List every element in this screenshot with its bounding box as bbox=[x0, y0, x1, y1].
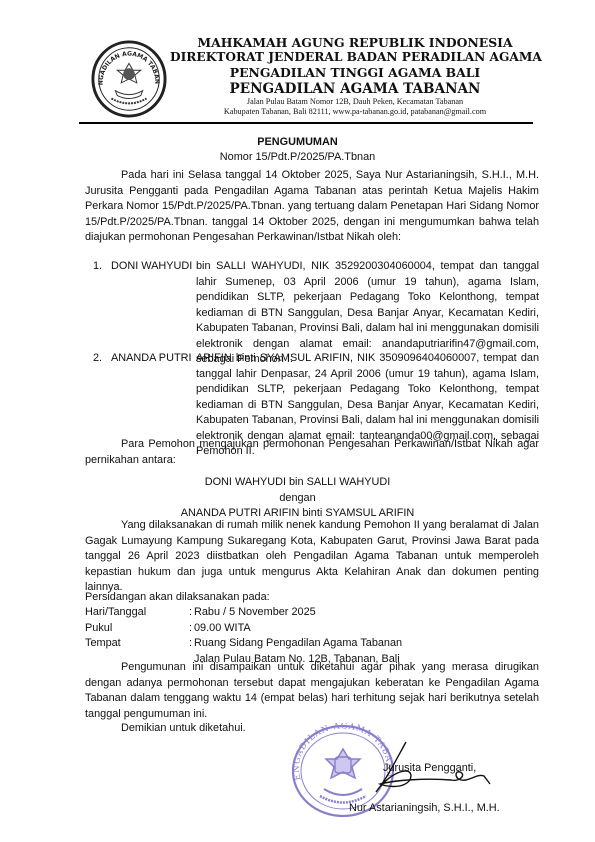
schedule-label: Hari/Tanggal bbox=[85, 605, 189, 621]
institution-line-2: DIREKTORAT JENDERAL BADAN PERADILAN AGAM… bbox=[170, 50, 540, 65]
applicant-name: DONI WAHYUDI bbox=[111, 259, 192, 275]
groom-name: DONI WAHYUDI bin SALLI WAHYUDI bbox=[0, 475, 595, 491]
announcement-page: PENGADILAN AGAMA TABANAN MAHKAMAH AGUNG … bbox=[0, 0, 595, 842]
address-line-1: Jalan Pulau Batam Nomor 12B, Dauh Peken,… bbox=[170, 97, 540, 108]
closing-text: Demikian untuk diketahui. bbox=[121, 722, 246, 734]
marriage-detail-text: Yang dilaksanakan di rumah milik nenek k… bbox=[85, 519, 539, 593]
schedule-value: Ruang Sidang Pengadilan Agama Tabanan bbox=[194, 636, 402, 652]
couple-block: DONI WAHYUDI bin SALLI WAHYUDI dengan AN… bbox=[0, 475, 595, 522]
document-number: Nomor 15/Pdt.P/2025/PA.Tbnan bbox=[0, 151, 595, 163]
letterhead: MAHKAMAH AGUNG REPUBLIK INDONESIA DIREKT… bbox=[170, 35, 540, 118]
schedule-row: Tempat : Ruang Sidang Pengadilan Agama T… bbox=[85, 636, 402, 652]
request-text: Para Pemohon mengajukan permohonan Penge… bbox=[85, 438, 539, 466]
opening-paragraph: Pada hari ini Selasa tanggal 14 Oktober … bbox=[85, 168, 539, 246]
marriage-detail-paragraph: Yang dilaksanakan di rumah milik nenek k… bbox=[85, 518, 539, 596]
request-paragraph: Para Pemohon mengajukan permohonan Penge… bbox=[85, 437, 539, 468]
hearing-schedule: Hari/Tanggal : Rabu / 5 November 2025 Pu… bbox=[85, 605, 402, 667]
schedule-value: 09.00 WITA bbox=[194, 621, 251, 637]
schedule-label: Tempat bbox=[85, 636, 189, 652]
signatory-name: Nur Astarianingsih, S.H.I., M.H. bbox=[349, 802, 500, 814]
objection-text: Pengumunan ini disampaikan untuk diketah… bbox=[85, 661, 539, 720]
institution-line-1: MAHKAMAH AGUNG REPUBLIK INDONESIA bbox=[170, 35, 540, 50]
applicant-number: 2. bbox=[93, 351, 102, 367]
document-title: PENGUMUMAN bbox=[0, 136, 595, 148]
opening-text: Pada hari ini Selasa tanggal 14 Oktober … bbox=[85, 169, 539, 243]
schedule-row: Pukul : 09.00 WITA bbox=[85, 621, 402, 637]
hearing-intro: Persidangan akan dilaksanakan pada: bbox=[85, 590, 270, 606]
schedule-row: Hari/Tanggal : Rabu / 5 November 2025 bbox=[85, 605, 402, 621]
connector-text: dengan bbox=[0, 491, 595, 507]
applicant-number: 1. bbox=[93, 259, 102, 275]
applicant-name: ANANDA PUTRI bbox=[111, 351, 191, 367]
institution-line-4: PENGADILAN AGAMA TABANAN bbox=[170, 81, 540, 97]
schedule-label: Pukul bbox=[85, 621, 189, 637]
letterhead-divider bbox=[79, 122, 533, 124]
schedule-value: Rabu / 5 November 2025 bbox=[194, 605, 316, 621]
signatory-title: Jurusita Pengganti, bbox=[383, 762, 476, 774]
institution-line-3: PENGADILAN TINGGI AGAMA BALI bbox=[170, 65, 540, 80]
objection-paragraph: Pengumunan ini disampaikan untuk diketah… bbox=[85, 660, 539, 722]
address-line-2: Kabupaten Tabanan, Bali 82111, www.pa-ta… bbox=[170, 107, 540, 118]
court-seal-icon: PENGADILAN AGAMA TABANAN bbox=[90, 40, 168, 118]
